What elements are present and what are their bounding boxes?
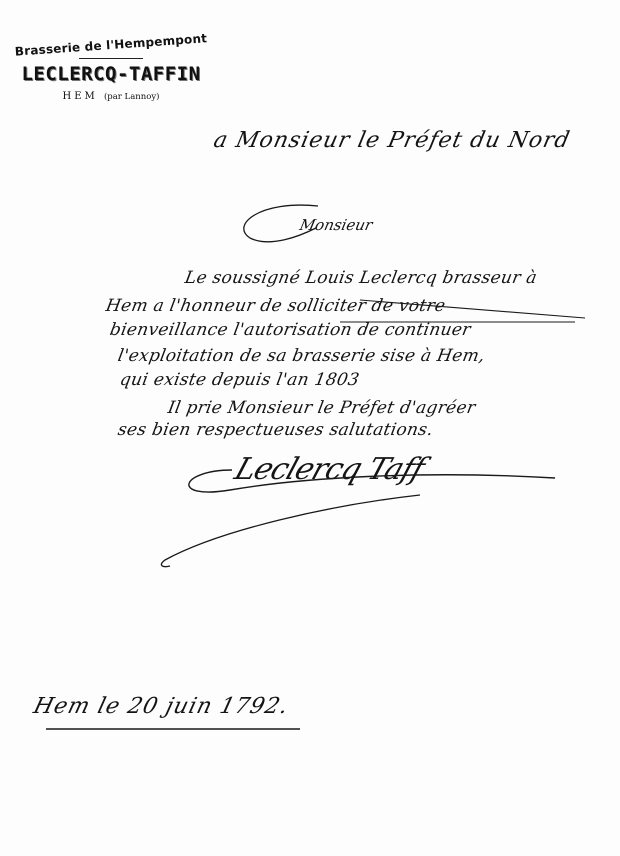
letterhead-town: HEM: [63, 91, 98, 102]
letterhead-company-name: LECLERCQ-TAFFIN: [6, 63, 216, 85]
body-line: qui existe depuis l'an 1803: [118, 370, 361, 390]
body-line: Le soussigné Louis Leclercq brasseur à: [183, 268, 538, 288]
body-line: l'exploitation de sa brasserie sise à He…: [116, 346, 486, 366]
letterhead: Brasserie de l'Hempempont LECLERCQ-TAFFI…: [6, 38, 216, 102]
signature: Leclercq Taff: [230, 452, 428, 487]
salutation: Monsieur: [298, 216, 374, 234]
body-line: ses bien respectueuses salutations.: [116, 420, 435, 440]
dateline: Hem le 20 juin 1792.: [31, 694, 291, 719]
letter-page: Brasserie de l'Hempempont LECLERCQ-TAFFI…: [0, 0, 620, 856]
letterhead-brewery: Brasserie de l'Hempempont: [6, 31, 216, 60]
body-line: bienveillance l'autorisation de continue…: [108, 320, 472, 340]
body-line: Hem a l'honneur de solliciter de votre: [104, 296, 447, 316]
letterhead-place-note: (par Lannoy): [104, 92, 160, 102]
body-line: Il prie Monsieur le Préfet d'agréer: [166, 398, 477, 418]
addressee: a Monsieur le Préfet du Nord: [211, 128, 572, 153]
letterhead-rule: [79, 58, 143, 59]
letterhead-place: HEM (par Lannoy): [6, 91, 216, 102]
